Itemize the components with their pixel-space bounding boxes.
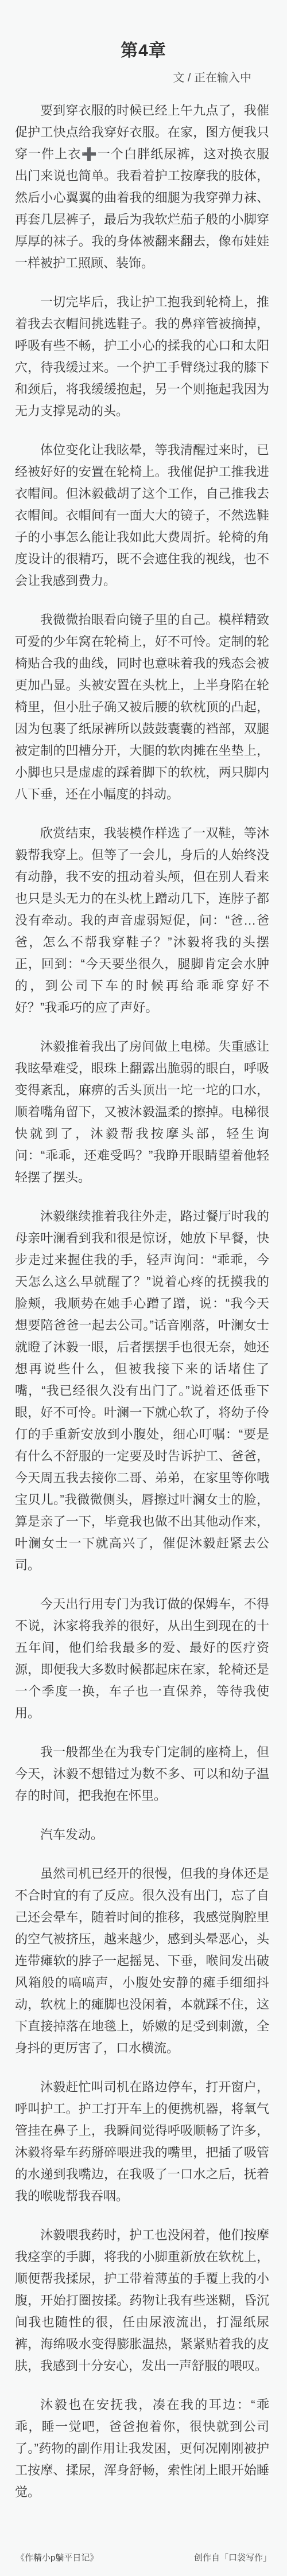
- paragraph: 虽然司机已经开的很慢，但我的身体还是不合时宜的有了反应。很久没有出门，忘了自己还…: [15, 1863, 269, 2059]
- paragraph: 体位变化让我眩晕，等我清醒过来时，已经被好好的安置在轮椅上。我催促护工推我进衣帽…: [15, 439, 269, 592]
- source-attribution: 创作自「口袋写作」: [194, 2552, 272, 2564]
- chapter-header: 第4章 文 / 正在输入中: [0, 0, 287, 85]
- paragraph: 汽车发动。: [15, 1824, 269, 1846]
- paragraph: 我一般都坐在为我专门定制的座椅上，但今天，沐毅不想错过为数不多、可以和幼子温存的…: [15, 1741, 269, 1807]
- book-title: 《作精小p躺平日记》: [16, 2552, 98, 2564]
- paragraph: 沐毅喂我药时，护工也没闲着，他们按摩我痉挛的手脚，将我的小脚重新放在软枕上，顺便…: [15, 2224, 269, 2377]
- paragraph: 沐毅也在安抚我，凑在我的耳边：“乖乖，睡一觉吧，爸爸抱着你，很快就到公司了。”药…: [15, 2394, 269, 2503]
- paragraph: 沐毅推着我出了房间做上电梯。失重感让我眩晕难受，眼珠上翻露出脆弱的眼白，呼吸变得…: [15, 1036, 269, 1188]
- paragraph: 今天出行用专门为我订做的保姆车，不得不说，沐家将我养的很好，从出生到现在的十五年…: [15, 1593, 269, 1724]
- page-footer: 《作精小p躺平日记》 创作自「口袋写作」: [16, 2552, 272, 2564]
- paragraph: 一切完毕后，我让护工抱我到轮椅上，推着我去衣帽间挑选鞋子。我的鼻痒管被摘掉，呼吸…: [15, 291, 269, 422]
- chapter-title: 第4章: [0, 0, 287, 61]
- author-byline: 文 / 正在输入中: [0, 71, 287, 85]
- reader-page: 第4章 文 / 正在输入中 要到穿衣服的时候已经上午九点了，我催促护工快点给我穿…: [0, 0, 287, 2576]
- paragraph: 沐毅赶忙叫司机在路边停车，打开窗户，呼叫护工。护工打开车上的便携机器，将氧气管挂…: [15, 2076, 269, 2207]
- paragraph: 沐毅继续推着我往外走，路过餐厅时我的母亲叶澜看到我和很是惊讶，她放下早餐，快步走…: [15, 1206, 269, 1576]
- chapter-body: 要到穿衣服的时候已经上午九点了，我催促护工快点给我穿好衣服。在家，图方便我只穿一…: [0, 85, 287, 2503]
- paragraph: 欣赏结束，我装模作样选了一双鞋，等沐毅帮我穿上。但等了一会儿，身后的人始终没有动…: [15, 823, 269, 1019]
- paragraph: 我微微抬眼看向镜子里的自己。模样精致可爱的少年窝在轮椅上，好不可怜。定制的轮椅贴…: [15, 609, 269, 805]
- paragraph: 要到穿衣服的时候已经上午九点了，我催促护工快点给我穿好衣服。在家，图方便我只穿一…: [15, 100, 269, 274]
